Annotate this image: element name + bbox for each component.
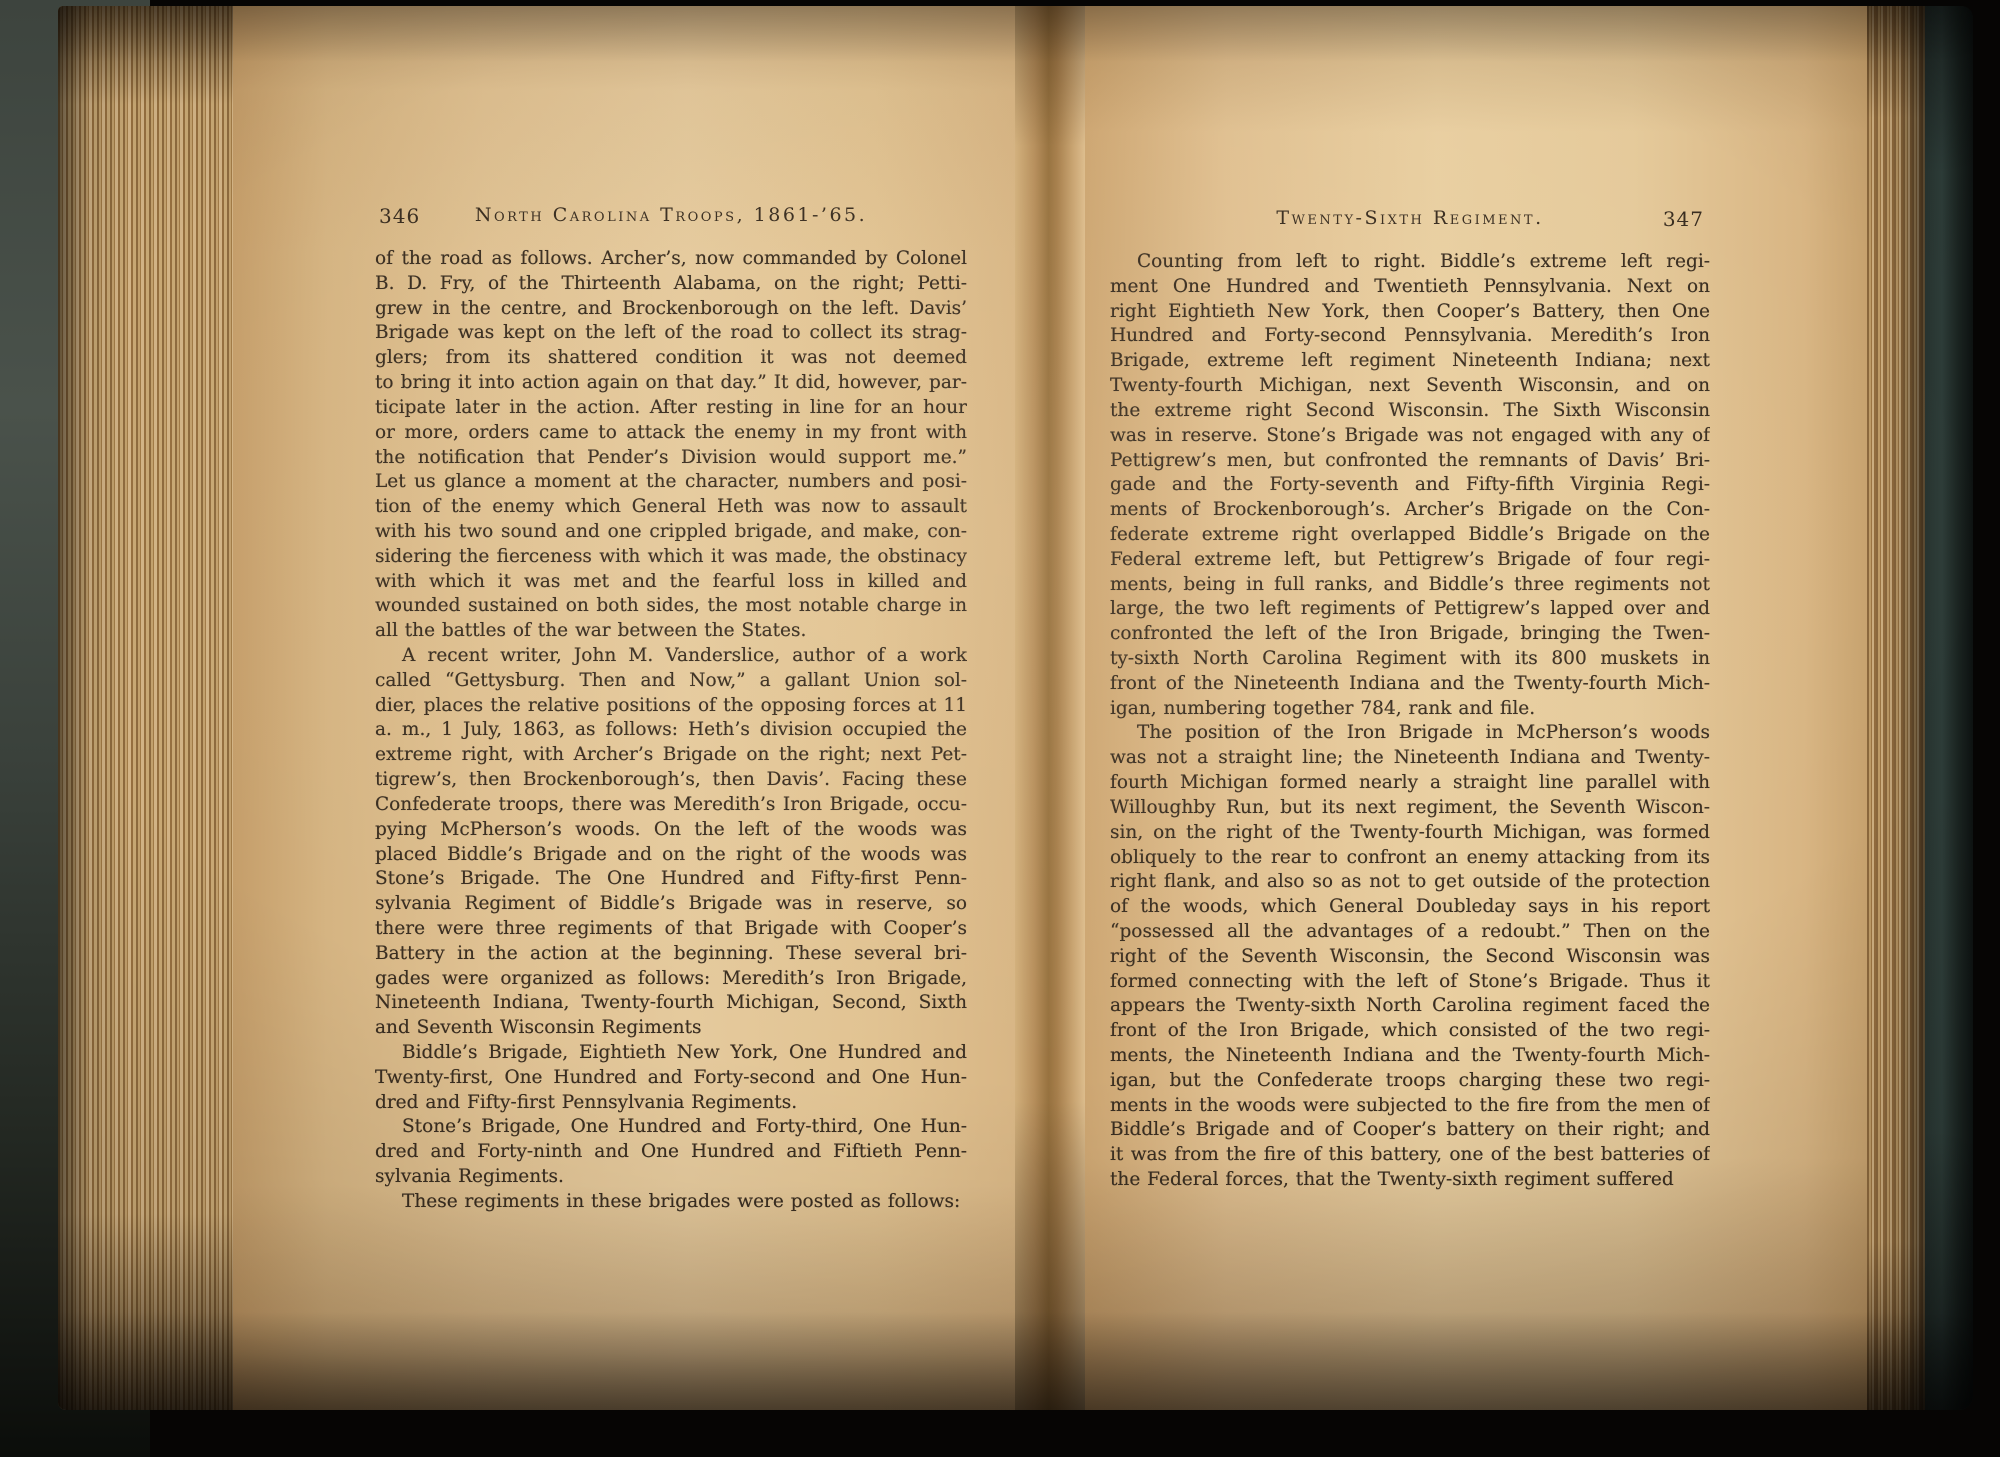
text-line: fourth Michigan formed nearly a straight…: [1110, 771, 1710, 796]
text-line: confronted the left of the Iron Brigade,…: [1110, 622, 1710, 647]
text-line: These regiments in these brigades were p…: [375, 1190, 967, 1215]
left-running-header: 346 North Carolina Troops, 1861-’65.: [375, 204, 967, 232]
text-line: Let us glance a moment at the character,…: [375, 470, 967, 495]
text-line: Stone’s Brigade, One Hundred and Forty-t…: [375, 1115, 967, 1140]
left-text-column: of the road as follows. Archer’s, now co…: [375, 247, 967, 1215]
text-line: Hundred and Forty-second Pennsylvania. M…: [1110, 324, 1710, 349]
open-book: 346 North Carolina Troops, 1861-’65. of …: [58, 6, 1973, 1410]
right-page-number: 347: [1663, 207, 1704, 231]
text-line: right flank, and also so as not to get o…: [1110, 870, 1710, 895]
text-line: obliquely to the rear to confront an ene…: [1110, 846, 1710, 871]
text-line: dier, places the relative positions of t…: [375, 694, 967, 719]
text-line: the Federal forces, that the Twenty-sixt…: [1110, 1168, 1710, 1193]
text-line: it was from the fire of this battery, on…: [1110, 1143, 1710, 1168]
text-line: sylvania Regiments.: [375, 1165, 967, 1190]
text-line: wounded sustained on both sides, the mos…: [375, 594, 967, 619]
right-text-column: Counting from left to right. Biddle’s ex…: [1110, 250, 1710, 1193]
text-line: Biddle’s Brigade and of Cooper’s battery…: [1110, 1118, 1710, 1143]
text-line: gade and the Forty-seventh and Fifty-fif…: [1110, 473, 1710, 498]
text-line: or more, orders came to attack the enemy…: [375, 421, 967, 446]
text-line: to bring it into action again on that da…: [375, 371, 967, 396]
text-line: appears the Twenty-sixth North Carolina …: [1110, 994, 1710, 1019]
text-line: and Seventh Wisconsin Regiments: [375, 1016, 967, 1041]
text-line: extreme right, with Archer’s Brigade on …: [375, 743, 967, 768]
text-line: the extreme right Second Wisconsin. The …: [1110, 399, 1710, 424]
text-line: ment One Hundred and Twentieth Pennsylva…: [1110, 275, 1710, 300]
text-line: igan, numbering together 784, rank and f…: [1110, 697, 1710, 722]
page-edges-right: [1867, 6, 1925, 1410]
text-line: Brigade was kept on the left of the road…: [375, 321, 967, 346]
text-line: sidering the fierceness with which it wa…: [375, 545, 967, 570]
text-line: placed Biddle’s Brigade and on the right…: [375, 843, 967, 868]
book-cover-right: [1925, 6, 1973, 1410]
text-line: was in reserve. Stone’s Brigade was not …: [1110, 424, 1710, 449]
text-line: ments of Brockenborough’s. Archer’s Brig…: [1110, 498, 1710, 523]
text-line: A recent writer, John M. Vanderslice, au…: [375, 644, 967, 669]
text-line: all the battles of the war between the S…: [375, 619, 967, 644]
text-line: dred and Forty-ninth and One Hundred and…: [375, 1140, 967, 1165]
text-line: Pettigrew’s men, but confronted the remn…: [1110, 449, 1710, 474]
text-line: igan, but the Confederate troops chargin…: [1110, 1069, 1710, 1094]
text-line: Biddle’s Brigade, Eightieth New York, On…: [375, 1041, 967, 1066]
text-line: grew in the centre, and Brockenborough o…: [375, 297, 967, 322]
text-line: right of the Seventh Wisconsin, the Seco…: [1110, 945, 1710, 970]
text-line: formed connecting with the left of Stone…: [1110, 970, 1710, 995]
text-line: Confederate troops, there was Meredith’s…: [375, 793, 967, 818]
text-line: ty-sixth North Carolina Regiment with it…: [1110, 647, 1710, 672]
left-page: 346 North Carolina Troops, 1861-’65. of …: [233, 6, 1015, 1410]
text-line: Willoughby Run, but its next regiment, t…: [1110, 796, 1710, 821]
text-line: with which it was met and the fearful lo…: [375, 570, 967, 595]
text-line: tigrew’s, then Brockenborough’s, then Da…: [375, 768, 967, 793]
text-line: dred and Fifty-first Pennsylvania Regime…: [375, 1091, 967, 1116]
text-line: of the road as follows. Archer’s, now co…: [375, 247, 967, 272]
text-line: Twenty-first, One Hundred and Forty-seco…: [375, 1066, 967, 1091]
text-line: the notification that Pender’s Division …: [375, 446, 967, 471]
text-line: Battery in the action at the beginning. …: [375, 942, 967, 967]
text-line: ments in the woods were subjected to the…: [1110, 1094, 1710, 1119]
text-line: federate extreme right overlapped Biddle…: [1110, 523, 1710, 548]
gutter-shadow: [1015, 6, 1085, 1410]
text-line: “possessed all the advantages of a redou…: [1110, 920, 1710, 945]
text-line: B. D. Fry, of the Thirteenth Alabama, on…: [375, 272, 967, 297]
text-line: with his two sound and one crippled brig…: [375, 520, 967, 545]
text-line: Stone’s Brigade. The One Hundred and Fif…: [375, 867, 967, 892]
text-line: pying McPherson’s woods. On the left of …: [375, 818, 967, 843]
text-line: of the woods, which General Doubleday sa…: [1110, 895, 1710, 920]
text-line: ments, being in full ranks, and Biddle’s…: [1110, 573, 1710, 598]
text-line: called “Gettysburg. Then and Now,” a gal…: [375, 669, 967, 694]
left-header-title: North Carolina Troops, 1861-’65.: [375, 204, 967, 226]
text-line: Counting from left to right. Biddle’s ex…: [1110, 250, 1710, 275]
book-photo: 346 North Carolina Troops, 1861-’65. of …: [0, 0, 2000, 1457]
text-line: sin, on the right of the Twenty-fourth M…: [1110, 821, 1710, 846]
page-edges-left: [58, 6, 233, 1410]
text-line: glers; from its shattered condition it w…: [375, 346, 967, 371]
text-line: there were three regiments of that Briga…: [375, 917, 967, 942]
text-line: Twenty-fourth Michigan, next Seventh Wis…: [1110, 374, 1710, 399]
text-line: tion of the enemy which General Heth was…: [375, 495, 967, 520]
text-line: a. m., 1 July, 1863, as follows: Heth’s …: [375, 718, 967, 743]
right-header-title: Twenty-Sixth Regiment.: [1110, 207, 1710, 229]
text-line: Federal extreme left, but Pettigrew’s Br…: [1110, 548, 1710, 573]
text-line: gades were organized as follows: Meredit…: [375, 967, 967, 992]
text-line: ticipate later in the action. After rest…: [375, 396, 967, 421]
text-line: ments, the Nineteenth Indiana and the Tw…: [1110, 1044, 1710, 1069]
text-line: front of the Iron Brigade, which consist…: [1110, 1019, 1710, 1044]
text-line: front of the Nineteenth Indiana and the …: [1110, 672, 1710, 697]
right-running-header: Twenty-Sixth Regiment. 347: [1110, 207, 1710, 235]
text-line: The position of the Iron Brigade in McPh…: [1110, 721, 1710, 746]
text-line: sylvania Regiment of Biddle’s Brigade wa…: [375, 892, 967, 917]
text-line: right Eightieth New York, then Cooper’s …: [1110, 300, 1710, 325]
text-line: Nineteenth Indiana, Twenty-fourth Michig…: [375, 991, 967, 1016]
text-line: large, the two left regiments of Pettigr…: [1110, 597, 1710, 622]
text-line: Brigade, extreme left regiment Nineteent…: [1110, 349, 1710, 374]
text-line: was not a straight line; the Nineteenth …: [1110, 746, 1710, 771]
right-page: Twenty-Sixth Regiment. 347 Counting from…: [1085, 6, 1867, 1410]
